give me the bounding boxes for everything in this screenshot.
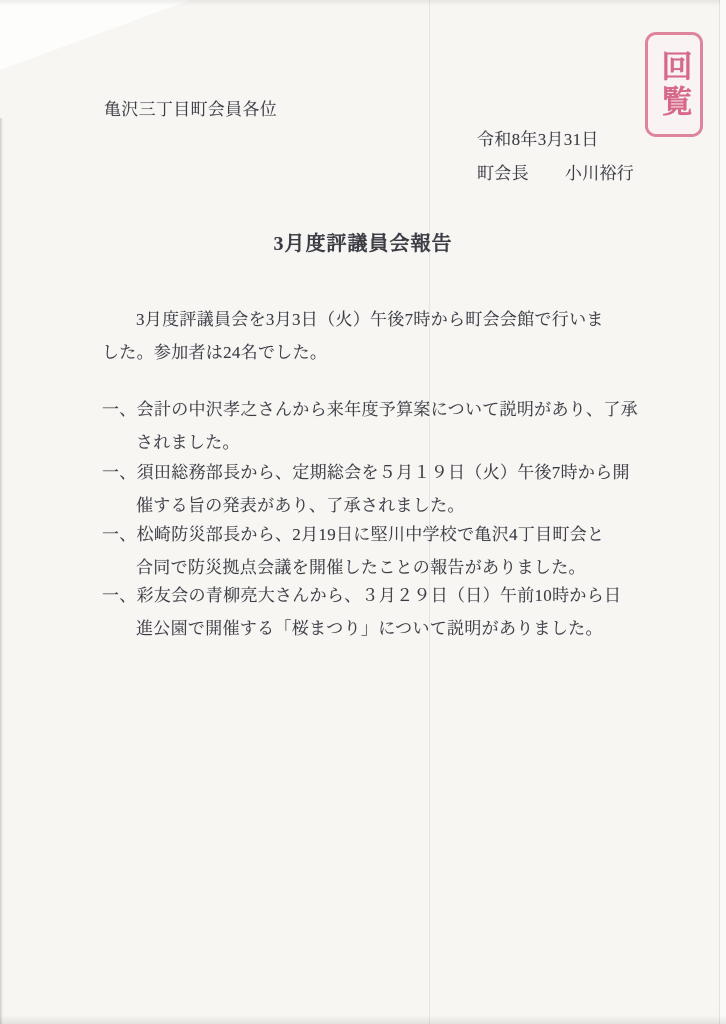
circulation-stamp-label: 回覧 [659,50,690,120]
scan-top-edge-shadow [0,0,726,6]
report-item-2-line-2: 催する旨の発表があり、了承されました。 [136,495,465,517]
report-item-3-line-1: 一、松崎防災部長から、2月19日に堅川中学校で亀沢4丁目町会と [102,524,604,546]
date-line: 令和8年3月31日 [477,129,599,151]
sender-name: 小川裕行 [565,164,634,183]
report-item-3-line-2: 合同で防災拠点会議を開催したことの報告がありました。 [136,557,586,579]
report-item-1-line-2: されました。 [136,432,240,454]
recipient-line: 亀沢三丁目町会員各位 [104,99,277,121]
scan-corner-fold [0,0,190,70]
report-item-4-line-2: 進公園で開催する「桜まつり」について説明がありました。 [136,618,603,640]
scan-right-margin [720,0,726,1024]
report-item-4-line-1: 一、彩友会の青柳亮大さんから、３月２９日（日）午前10時から日 [102,585,621,607]
intro-paragraph-line-2: した。参加者は24名でした。 [102,342,327,364]
paper-right-edge-line [719,0,720,1024]
circulation-stamp: 回覧 [645,32,703,137]
sender-title: 町会長 [477,164,529,183]
intro-paragraph-line-1: 3月度評議員会を3月3日（火）午後7時から町会会館で行いま [136,309,604,331]
scan-bottom-edge-shadow [0,1015,726,1024]
sender-line: 町会長小川裕行 [477,163,634,185]
report-item-1-line-1: 一、会計の中沢孝之さんから来年度予算案について説明があり、了承 [102,399,638,421]
document-title: 3月度評議員会報告 [0,233,726,255]
report-item-2-line-1: 一、須田総務部長から、定期総会を５月１９日（火）午後7時から開 [102,462,630,484]
scanned-document-page: 回覧 亀沢三丁目町会員各位 令和8年3月31日 町会長小川裕行 3月度評議員会報… [0,0,726,1024]
